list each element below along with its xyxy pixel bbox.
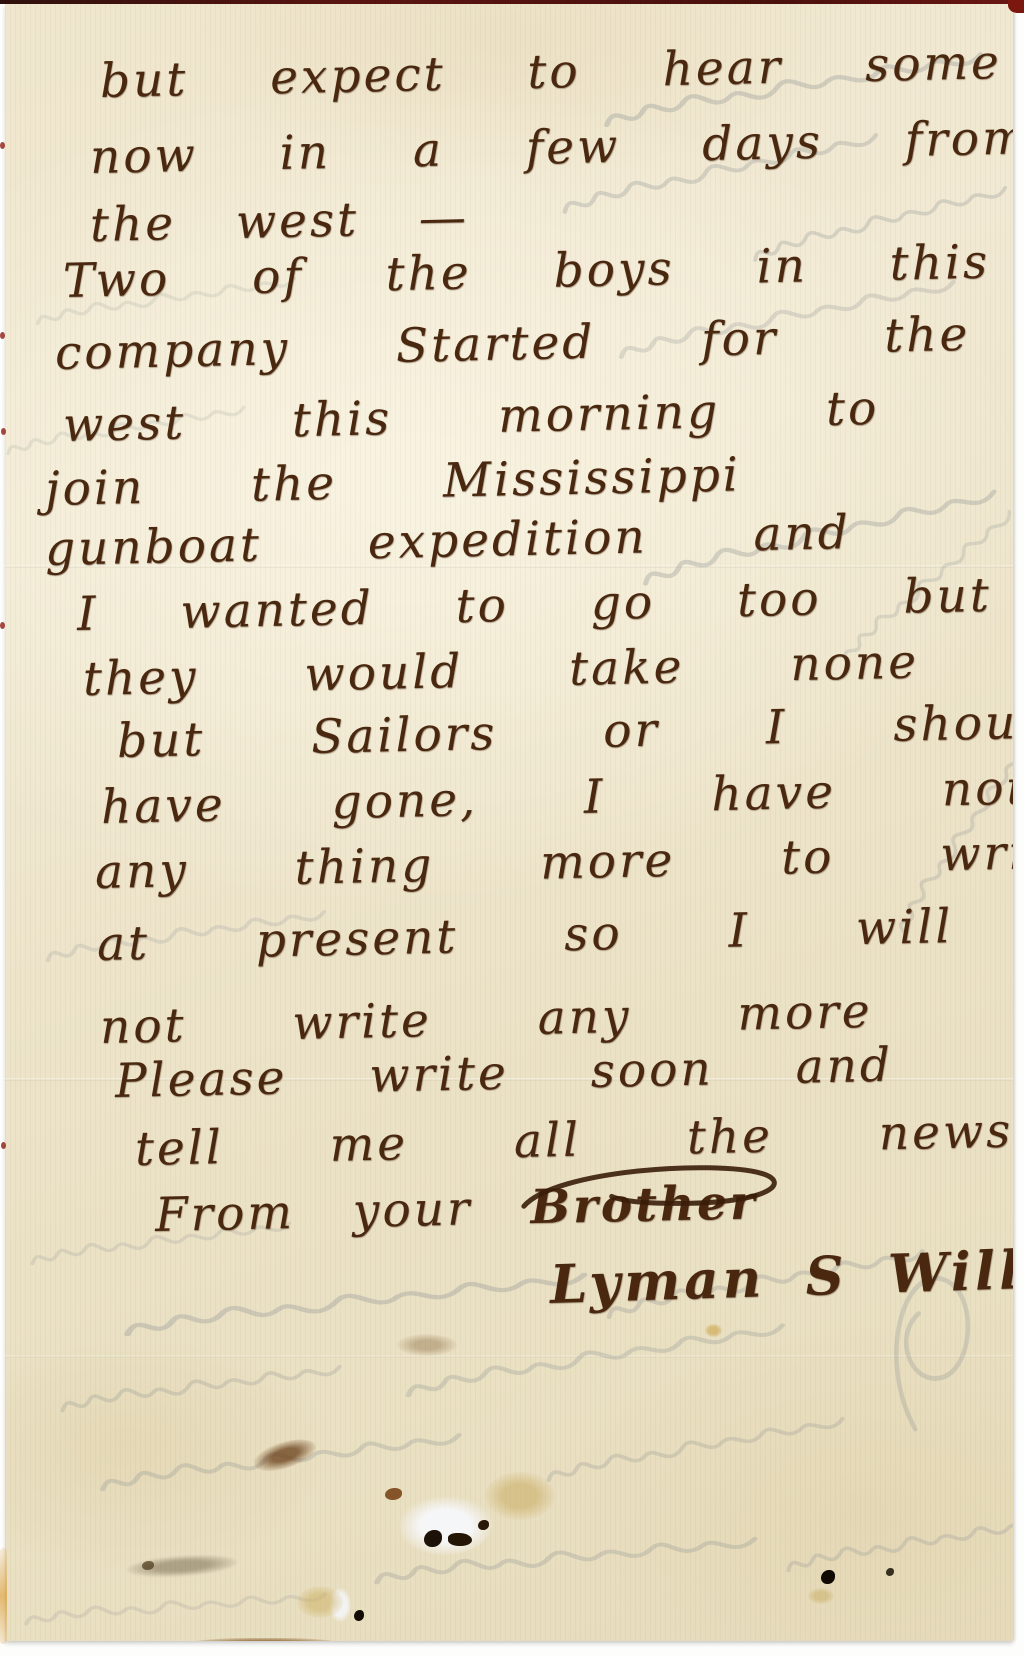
letter-line: but Sailors or I should xyxy=(116,696,1013,768)
ink-speck xyxy=(821,1570,835,1584)
letter-line: they would take none xyxy=(82,636,919,705)
letter-closing: From yourBrother xyxy=(154,1177,758,1241)
closing-from: From your xyxy=(154,1181,473,1243)
ink-speck xyxy=(142,1561,154,1570)
scan-edge-red-line xyxy=(0,0,1024,4)
letter-line: at present so I will xyxy=(96,901,953,971)
letter-line: the west — xyxy=(89,192,469,252)
scan-edge-orange-stain xyxy=(0,1548,7,1644)
letter-line: I wanted to go too but xyxy=(76,570,992,641)
ink-speck xyxy=(354,1610,364,1621)
stain xyxy=(397,1334,457,1356)
stain xyxy=(808,1588,834,1604)
ink-smudge xyxy=(126,1552,237,1580)
scan-edge-speck xyxy=(0,142,5,149)
letter-paper: but expect to hear some now in a few day… xyxy=(5,4,1013,1641)
scan-edge-speck xyxy=(0,332,5,339)
scan-edge-speck xyxy=(1,428,6,435)
letter-line: have gone, I have not xyxy=(100,763,1013,834)
signature: Lyman S Williams xyxy=(549,1236,1013,1314)
paper-damage-patch xyxy=(400,1497,492,1555)
paper-crease xyxy=(5,1355,1013,1358)
scan-edge-speck xyxy=(1,1142,6,1149)
stain xyxy=(705,1324,722,1337)
ink-smudge xyxy=(251,1433,320,1478)
letter-line: tell me all the news xyxy=(134,1106,1013,1176)
ink-speck xyxy=(886,1568,894,1576)
letter-line: gunboat expedition and xyxy=(44,507,851,576)
letter-line: west this morning to xyxy=(62,383,879,452)
letter-line: join the Mississippi xyxy=(44,449,741,515)
ink-speck xyxy=(478,1520,489,1530)
stain xyxy=(485,1472,555,1520)
stain xyxy=(187,1638,343,1641)
stain xyxy=(297,1586,343,1618)
letter-line: company Started for the xyxy=(54,309,970,380)
paper-damage-patch xyxy=(329,1588,351,1622)
scan-edge-red-corner xyxy=(1008,0,1024,13)
letter-line: but expect to hear some xyxy=(99,37,1002,108)
ink-speck xyxy=(385,1488,402,1500)
scan-edge-speck xyxy=(0,622,5,629)
letter-line: any thing more to write xyxy=(94,826,1013,898)
ink-speck xyxy=(424,1530,442,1547)
letter-line: now in a few days from xyxy=(89,112,1013,183)
closing-relation: Brother xyxy=(530,1177,758,1233)
ink-speck xyxy=(448,1533,472,1546)
